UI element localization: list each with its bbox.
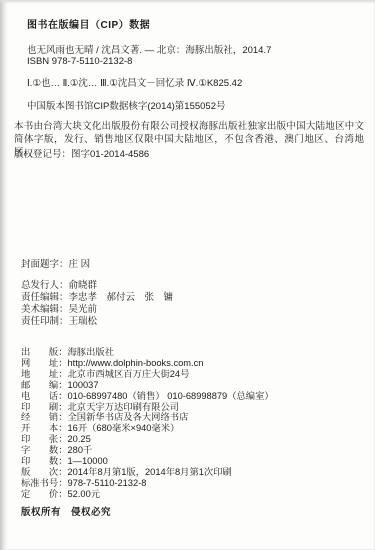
publication-row: 邮 编：100037 bbox=[21, 380, 274, 391]
publication-value: 010-68997480（销售） 010-68998879（总编室） bbox=[68, 391, 274, 401]
cover-inscription-value: 庄 因 bbox=[69, 259, 91, 270]
publication-label: 定 价： bbox=[21, 489, 68, 500]
publication-value: 海豚出版社 bbox=[68, 347, 115, 357]
publication-row: 经 销：全国新华书店及各大网络书店 bbox=[21, 412, 274, 423]
cip-header: 图书在版编目（CIP）数据 bbox=[27, 16, 150, 31]
credit-value: 俞晓群 bbox=[69, 280, 98, 291]
publication-label: 版 次： bbox=[21, 467, 68, 478]
credit-value: 吴光前 bbox=[69, 304, 98, 315]
publication-row: 地 址：北京市西城区百万庄大街24号 bbox=[21, 369, 274, 380]
publication-row: 定 价：52.00元 bbox=[21, 489, 274, 500]
publication-label: 地 址： bbox=[21, 369, 68, 380]
publication-value: http://www.dolphin-books.com.cn bbox=[68, 358, 204, 368]
publication-label: 出 版： bbox=[21, 347, 68, 358]
publication-label: 字 数： bbox=[21, 445, 68, 456]
publication-value: 全国新华书店及各大网络书店 bbox=[68, 412, 189, 422]
credit-label: 总发行人： bbox=[21, 280, 69, 292]
publication-label: 电 话： bbox=[21, 391, 68, 402]
publication-value: 52.00元 bbox=[68, 489, 101, 499]
publication-label: 标准书号： bbox=[21, 478, 68, 489]
publication-value: 1—10000 bbox=[68, 456, 108, 466]
publication-value: 20.25 bbox=[68, 434, 91, 444]
publication-value: 978-7-5110-2132-8 bbox=[68, 478, 147, 488]
scan-edge-top bbox=[0, 0, 375, 4]
publication-label: 印 刷： bbox=[21, 402, 68, 413]
cip-classification-line: Ⅰ.①也… Ⅱ.①沈… Ⅲ.①沈昌文－回忆录 Ⅳ.①K825.42 bbox=[27, 75, 242, 89]
copyright-registration-number: 版权登记号：图字01-2014-4586 bbox=[14, 146, 149, 160]
publication-row: 开 本：16开（680毫米×940毫米） bbox=[21, 423, 274, 434]
publication-info-list: 出 版：海豚出版社 网 址：http://www.dolphin-books.c… bbox=[21, 347, 274, 500]
publication-value: 280千 bbox=[68, 445, 93, 455]
credit-label: 责任印制： bbox=[21, 316, 69, 328]
publication-row: 版 次：2014年8月第1版，2014年8月第1次印刷 bbox=[21, 467, 274, 478]
credit-label: 责任编辑： bbox=[21, 292, 69, 304]
credit-value: 王瑞松 bbox=[69, 316, 98, 327]
cip-record-number-line: 中国版本图书馆CIP数据核字(2014)第155052号 bbox=[27, 98, 226, 112]
publication-row: 印 数：1—10000 bbox=[21, 456, 274, 467]
credit-row: 责任编辑：李忠孝 郝付云 张 镛 bbox=[21, 292, 173, 304]
publication-label: 经 销： bbox=[21, 412, 68, 423]
publication-row: 标准书号：978-7-5110-2132-8 bbox=[21, 478, 274, 489]
copyright-notice: 版权所有 侵权必究 bbox=[21, 504, 111, 518]
publication-value: 北京市西城区百万庄大街24号 bbox=[68, 369, 190, 379]
publication-row: 印 刷：北京天宇万达印刷有限公司 bbox=[21, 402, 274, 413]
scan-edge-left bbox=[0, 0, 8, 550]
publication-label: 开 本： bbox=[21, 423, 68, 434]
publication-row: 字 数：280千 bbox=[21, 445, 274, 456]
publication-label: 印 数： bbox=[21, 456, 68, 467]
publication-row: 电 话：010-68997480（销售） 010-68998879（总编室） bbox=[21, 391, 274, 402]
publication-row: 印 张：20.25 bbox=[21, 434, 274, 445]
credits-list: 总发行人：俞晓群 责任编辑：李忠孝 郝付云 张 镛 美术编辑：吴光前 责任印制：… bbox=[21, 280, 173, 328]
copyright-page: 图书在版编目（CIP）数据 也无风雨也无晴 / 沈昌文著. — 北京：海豚出版社… bbox=[0, 0, 375, 550]
publication-label: 邮 编： bbox=[21, 380, 68, 391]
publication-label: 网 址： bbox=[21, 358, 68, 369]
cover-inscription-label: 封面题字： bbox=[21, 256, 69, 270]
publication-value: 100037 bbox=[68, 380, 99, 390]
publication-label: 印 张： bbox=[21, 434, 68, 445]
publication-value: 16开（680毫米×940毫米） bbox=[68, 423, 180, 433]
publication-row: 出 版：海豚出版社 bbox=[21, 347, 274, 358]
cip-isbn-line: ISBN 978-7-5110-2132-8 bbox=[27, 56, 132, 67]
credit-label: 美术编辑： bbox=[21, 304, 69, 316]
publication-value: 北京天宇万达印刷有限公司 bbox=[68, 402, 180, 412]
credit-value: 李忠孝 郝付云 张 镛 bbox=[69, 292, 174, 303]
publication-row: 网 址：http://www.dolphin-books.com.cn bbox=[21, 358, 274, 369]
credit-row: 总发行人：俞晓群 bbox=[21, 280, 173, 292]
credit-row: 美术编辑：吴光前 bbox=[21, 304, 173, 316]
publication-value: 2014年8月第1版，2014年8月第1次印刷 bbox=[68, 467, 232, 477]
cover-inscription-row: 封面题字：庄 因 bbox=[21, 256, 90, 270]
cip-title-line: 也无风雨也无晴 / 沈昌文著. — 北京：海豚出版社，2014.7 bbox=[27, 42, 271, 56]
credit-row: 责任印制：王瑞松 bbox=[21, 316, 173, 328]
